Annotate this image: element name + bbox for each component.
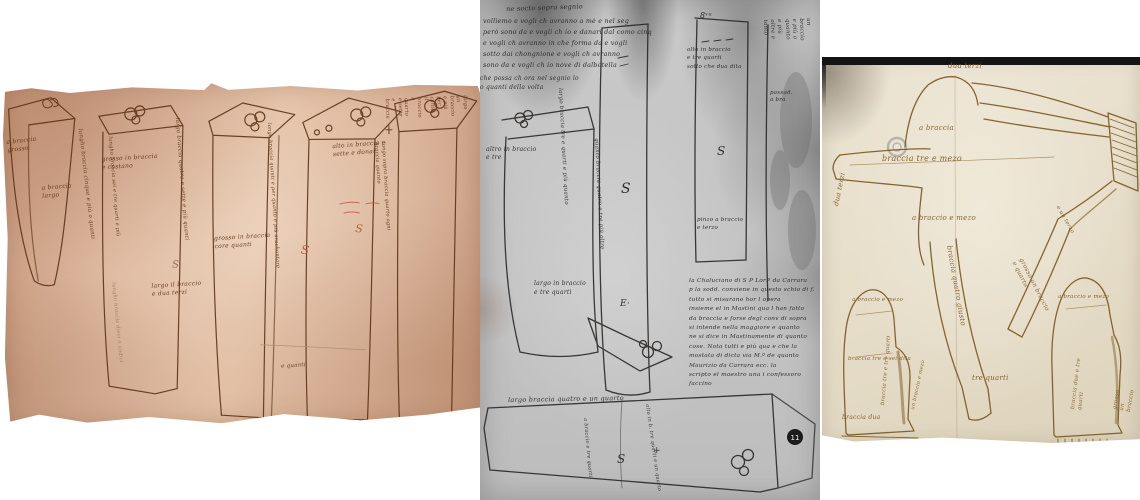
hatched-arm-end <box>1108 113 1138 191</box>
block-sketch-left <box>502 107 598 357</box>
tombstone-block-right <box>1052 278 1122 443</box>
left-manuscript-sheet: a braccia grossoa braccia largolungho br… <box>3 81 486 425</box>
photostat-blotches <box>770 72 816 270</box>
right-sheet-figure-sketches <box>822 57 1140 443</box>
block-sketch-bottom <box>484 394 815 492</box>
block-sketch-2 <box>99 106 186 395</box>
middle-manuscript-photostat: 11 ne socto sopra segniovolliemo e vogli… <box>480 0 820 500</box>
folio-stamp-number: 11 <box>791 434 800 442</box>
block-sketch-right <box>695 18 748 262</box>
block-sketch-3 <box>209 103 298 419</box>
right-manuscript-sheet: dua terzia bracciabraccia tre e mezodua … <box>822 57 1140 443</box>
tombstone-block-left <box>842 290 918 438</box>
block-sketch-5 <box>395 91 480 424</box>
faint-guide-line <box>261 344 365 351</box>
block-sketch-narrow-column <box>9 97 77 285</box>
block-sketch-middle <box>599 24 650 395</box>
middle-sheet-block-sketches: 11 <box>480 0 820 500</box>
cross-figure-sketch <box>833 77 1116 420</box>
folio-stamp: 11 <box>787 429 803 445</box>
column-divider-line <box>766 25 768 300</box>
left-sheet-block-sketches <box>3 81 486 425</box>
block-sketch-4 <box>303 98 404 421</box>
scanned-manuscripts-image: a braccia grossoa braccia largolungho br… <box>0 0 1140 500</box>
watermark-circle <box>888 138 906 156</box>
fold-line <box>955 75 957 439</box>
dart-sketch <box>588 318 672 371</box>
